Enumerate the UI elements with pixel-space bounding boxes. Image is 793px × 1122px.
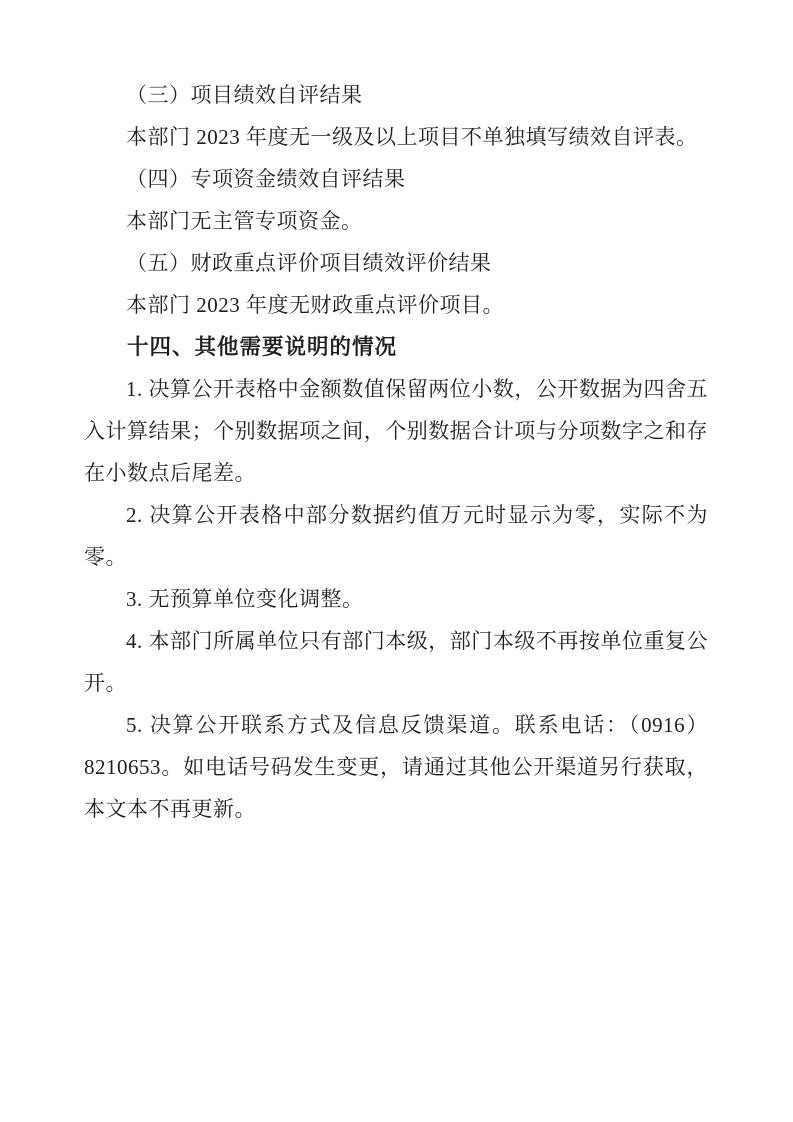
- para-note-1-rounding: 1. 决算公开表格中金额数值保留两位小数，公开数据为四舍五入计算结果；个别数据项…: [84, 368, 708, 494]
- para-special-funds: 本部门无主管专项资金。: [84, 200, 708, 242]
- document-page: （三）项目绩效自评结果 本部门 2023 年度无一级及以上项目不单独填写绩效自评…: [0, 0, 793, 1122]
- para-note-2-zero-display: 2. 决算公开表格中部分数据约值万元时显示为零，实际不为零。: [84, 494, 708, 578]
- subheading-key-evaluation-project-results: （五）财政重点评价项目绩效评价结果: [84, 242, 708, 284]
- para-note-5-contact-info: 5. 决算公开联系方式及信息反馈渠道。联系电话：（0916）8210653。如电…: [84, 704, 708, 830]
- subheading-special-funds-performance-self-eval: （四）专项资金绩效自评结果: [84, 158, 708, 200]
- document-body: （三）项目绩效自评结果 本部门 2023 年度无一级及以上项目不单独填写绩效自评…: [84, 74, 708, 830]
- subheading-project-performance-self-eval: （三）项目绩效自评结果: [84, 74, 708, 116]
- para-project-performance-self-eval: 本部门 2023 年度无一级及以上项目不单独填写绩效自评表。: [84, 116, 708, 158]
- para-note-3-no-unit-change: 3. 无预算单位变化调整。: [84, 578, 708, 620]
- para-key-evaluation-projects: 本部门 2023 年度无财政重点评价项目。: [84, 284, 708, 326]
- heading-other-notes: 十四、其他需要说明的情况: [84, 326, 708, 368]
- para-note-4-subordinate-units: 4. 本部门所属单位只有部门本级，部门本级不再按单位重复公开。: [84, 620, 708, 704]
